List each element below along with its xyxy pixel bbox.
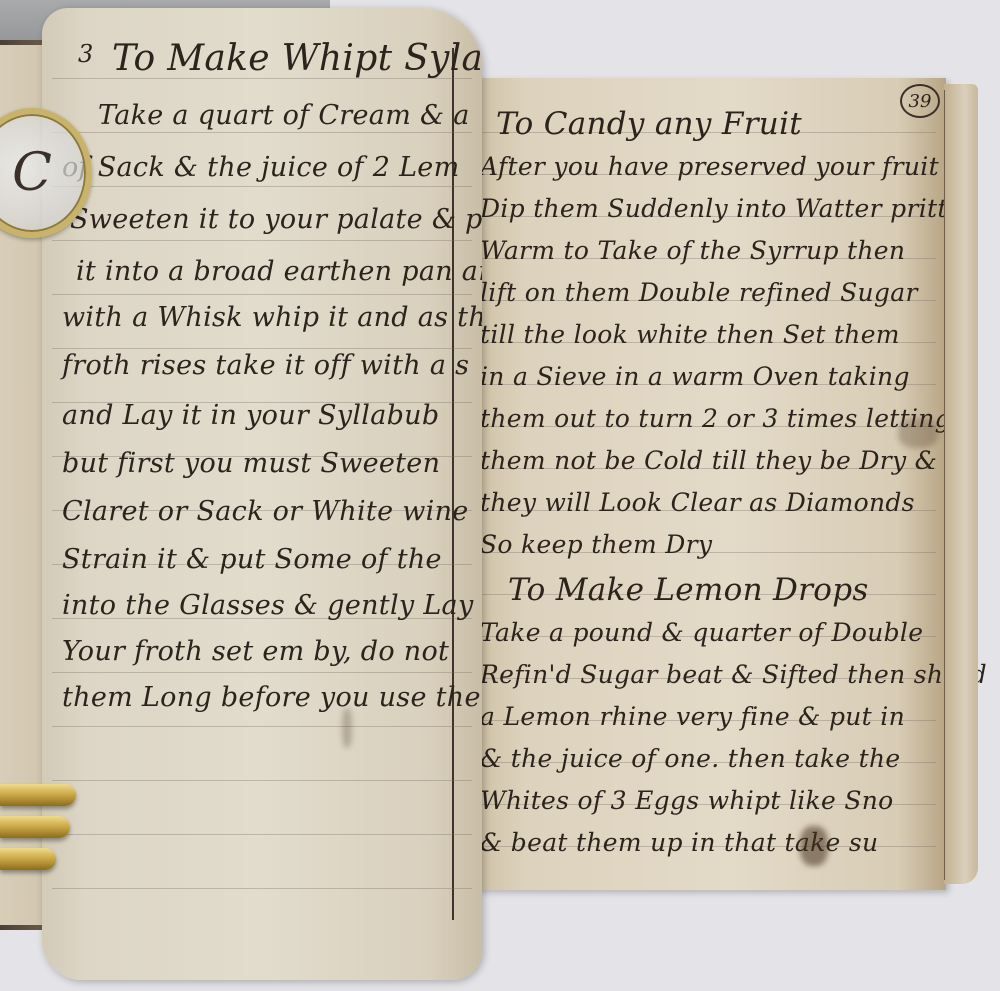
manuscript-line: Your froth set em by, do not	[62, 636, 449, 667]
margin-rule	[944, 90, 945, 880]
manuscript-line: & the juice of one. then take the	[480, 744, 900, 773]
manuscript-line: lift on them Double refined Sugar	[480, 278, 918, 307]
manuscript-line: So keep them Dry	[480, 530, 712, 559]
recipe-heading-candy-fruit: To Candy any Fruit	[496, 106, 802, 142]
manuscript-line: but first you must Sweeten	[62, 448, 440, 479]
manuscript-line: and Lay it in your Syllabub	[62, 400, 439, 431]
manuscript-line: Whites of 3 Eggs whipt like Sno	[480, 786, 894, 815]
manuscript-line: Refin'd Sugar beat & Sifted then shred	[480, 660, 987, 689]
manuscript-line: into the Glasses & gently Lay	[62, 590, 474, 621]
manuscript-line: them out to turn 2 or 3 times letting	[480, 404, 951, 433]
ink-smudge	[898, 418, 938, 448]
manuscript-line: After you have preserved your fruit	[480, 152, 939, 181]
manuscript-line: Strain it & put Some of the	[62, 544, 442, 575]
finger-icon	[0, 848, 56, 870]
manuscript-line: in a Sieve in a warm Oven taking	[480, 362, 910, 391]
manuscript-line: with a Whisk whip it and as the	[62, 302, 482, 333]
ink-smudge	[342, 708, 352, 748]
left-page: 3 To Make Whipt Syla Take a quart of Cre…	[42, 8, 482, 980]
manuscript-line: them Long before you use them	[62, 682, 482, 713]
recipe-heading-lemon-drops: To Make Lemon Drops	[508, 572, 869, 608]
gold-hand-page-holder	[0, 748, 80, 878]
manuscript-line: froth rises take it off with a s	[62, 350, 469, 381]
manuscript-line: of Sack & the juice of 2 Lem	[62, 152, 460, 183]
manuscript-line: Sweeten it to your palate & p	[70, 204, 482, 235]
manuscript-line: it into a broad earthen pan an	[76, 256, 482, 287]
manuscript-line: till the look white then Set them	[480, 320, 900, 349]
finger-icon	[0, 816, 70, 838]
manuscript-line: Dip them Suddenly into Watter pritty	[480, 194, 962, 223]
manuscript-line: a Lemon rhine very fine & put in	[480, 702, 905, 731]
manuscript-line: Warm to Take of the Syrrup then	[480, 236, 905, 265]
ink-smudge	[800, 826, 828, 866]
finger-icon	[0, 784, 76, 806]
recipe-heading-whipt-syllabub: To Make Whipt Syla	[112, 38, 482, 79]
manuscript-line: they will Look Clear as Diamonds	[480, 488, 915, 517]
manuscript-line: Claret or Sack or White wine	[62, 496, 469, 527]
magnified-letter: C	[12, 143, 52, 203]
folio-mark: 3	[78, 40, 94, 68]
manuscript-line: Take a pound & quarter of Double	[480, 618, 923, 647]
manuscript-line: Take a quart of Cream & a	[98, 100, 470, 131]
manuscript-line: them not be Cold till they be Dry &	[480, 446, 937, 475]
page-number: 39	[900, 84, 940, 118]
right-page: 39 To Candy any Fruit After you have pre…	[468, 78, 946, 890]
page-edge	[944, 84, 978, 884]
